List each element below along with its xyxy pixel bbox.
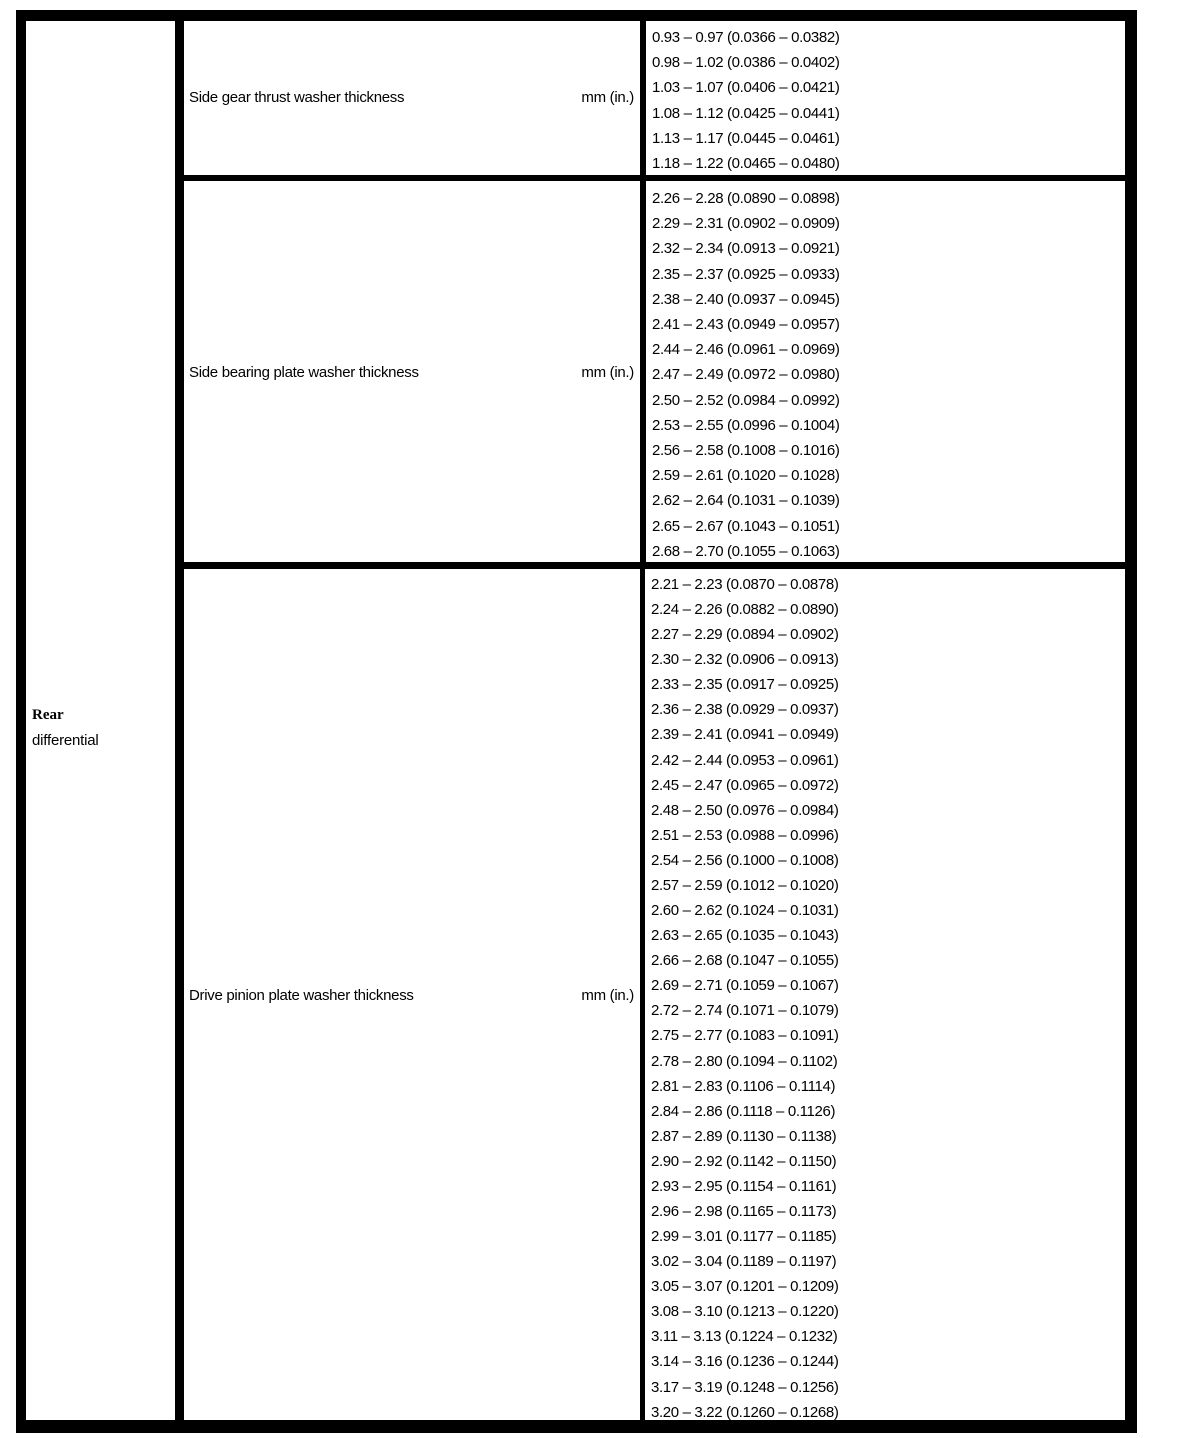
category-cell: Rear differential bbox=[26, 21, 175, 1420]
spec-value: 2.35 – 2.37 (0.0925 – 0.0933) bbox=[652, 262, 840, 287]
spec-value: 2.99 – 3.01 (0.1177 – 0.1185) bbox=[651, 1224, 836, 1249]
spec-value: 2.62 – 2.64 (0.1031 – 0.1039) bbox=[652, 488, 840, 513]
spec-value: 3.17 – 3.19 (0.1248 – 0.1256) bbox=[651, 1375, 839, 1400]
spec-value: 2.60 – 2.62 (0.1024 – 0.1031) bbox=[651, 898, 839, 923]
spec-value: 2.57 – 2.59 (0.1012 – 0.1020) bbox=[651, 873, 839, 898]
spec-value: 3.20 – 3.22 (0.1260 – 0.1268) bbox=[651, 1400, 839, 1425]
spec-value: 2.24 – 2.26 (0.0882 – 0.0890) bbox=[651, 597, 839, 622]
spec-value: 2.72 – 2.74 (0.1071 – 0.1079) bbox=[651, 998, 839, 1023]
spec-value: 2.39 – 2.41 (0.0941 – 0.0949) bbox=[651, 722, 839, 747]
spec-value: 2.68 – 2.70 (0.1055 – 0.1063) bbox=[652, 539, 840, 564]
spec-value: 2.44 – 2.46 (0.0961 – 0.0969) bbox=[652, 337, 840, 362]
category-label-line1: Rear bbox=[32, 703, 99, 728]
spec-value: 2.56 – 2.58 (0.1008 – 0.1016) bbox=[652, 438, 840, 463]
spec-name: Drive pinion plate washer thickness bbox=[189, 987, 414, 1004]
spec-value: 2.84 – 2.86 (0.1118 – 0.1126) bbox=[651, 1099, 835, 1124]
spec-value: 2.78 – 2.80 (0.1094 – 0.1102) bbox=[651, 1049, 837, 1074]
spec-label-cell: Side gear thrust washer thicknessmm (in.… bbox=[184, 21, 640, 175]
spec-value: 2.29 – 2.31 (0.0902 – 0.0909) bbox=[652, 211, 840, 236]
spec-value: 2.90 – 2.92 (0.1142 – 0.1150) bbox=[651, 1149, 836, 1174]
spec-value: 3.05 – 3.07 (0.1201 – 0.1209) bbox=[651, 1274, 839, 1299]
spec-value: 2.41 – 2.43 (0.0949 – 0.0957) bbox=[652, 312, 840, 337]
spec-value: 2.47 – 2.49 (0.0972 – 0.0980) bbox=[652, 362, 840, 387]
spec-value: 2.26 – 2.28 (0.0890 – 0.0898) bbox=[652, 186, 840, 211]
spec-value: 2.87 – 2.89 (0.1130 – 0.1138) bbox=[651, 1124, 836, 1149]
spec-unit: mm (in.) bbox=[581, 89, 634, 106]
spec-values-cell: 2.26 – 2.28 (0.0890 – 0.0898)2.29 – 2.31… bbox=[646, 181, 1125, 562]
spec-value: 1.13 – 1.17 (0.0445 – 0.0461) bbox=[652, 126, 840, 151]
spec-value: 2.59 – 2.61 (0.1020 – 0.1028) bbox=[652, 463, 840, 488]
spec-value: 2.38 – 2.40 (0.0937 – 0.0945) bbox=[652, 287, 840, 312]
spec-value: 2.66 – 2.68 (0.1047 – 0.1055) bbox=[651, 948, 839, 973]
spec-value: 3.02 – 3.04 (0.1189 – 0.1197) bbox=[651, 1249, 836, 1274]
spec-value: 2.21 – 2.23 (0.0870 – 0.0878) bbox=[651, 572, 839, 597]
spec-value: 2.75 – 2.77 (0.1083 – 0.1091) bbox=[651, 1023, 839, 1048]
spec-value: 2.48 – 2.50 (0.0976 – 0.0984) bbox=[651, 798, 839, 823]
spec-value: 3.14 – 3.16 (0.1236 – 0.1244) bbox=[651, 1349, 839, 1374]
spec-value: 2.93 – 2.95 (0.1154 – 0.1161) bbox=[651, 1174, 836, 1199]
spec-value: 2.81 – 2.83 (0.1106 – 0.1114) bbox=[651, 1074, 835, 1099]
spec-label-cell: Drive pinion plate washer thicknessmm (i… bbox=[184, 569, 640, 1420]
spec-value: 2.53 – 2.55 (0.0996 – 0.1004) bbox=[652, 413, 840, 438]
category-label-line2: differential bbox=[32, 728, 99, 753]
spec-name: Side gear thrust washer thickness bbox=[189, 89, 404, 106]
spec-value: 2.32 – 2.34 (0.0913 – 0.0921) bbox=[652, 236, 840, 261]
spec-value: 2.54 – 2.56 (0.1000 – 0.1008) bbox=[651, 848, 839, 873]
spec-value: 2.69 – 2.71 (0.1059 – 0.1067) bbox=[651, 973, 839, 998]
spec-values-cell: 0.93 – 0.97 (0.0366 – 0.0382)0.98 – 1.02… bbox=[646, 21, 1125, 175]
spec-value: 3.08 – 3.10 (0.1213 – 0.1220) bbox=[651, 1299, 839, 1324]
spec-value: 2.51 – 2.53 (0.0988 – 0.0996) bbox=[651, 823, 839, 848]
spec-label-cell: Side bearing plate washer thicknessmm (i… bbox=[184, 181, 640, 562]
spec-value: 2.30 – 2.32 (0.0906 – 0.0913) bbox=[651, 647, 839, 672]
spec-value: 2.96 – 2.98 (0.1165 – 0.1173) bbox=[651, 1199, 836, 1224]
spec-value: 2.33 – 2.35 (0.0917 – 0.0925) bbox=[651, 672, 839, 697]
spec-values-cell: 2.21 – 2.23 (0.0870 – 0.0878)2.24 – 2.26… bbox=[645, 569, 1125, 1420]
spec-value: 2.36 – 2.38 (0.0929 – 0.0937) bbox=[651, 697, 839, 722]
spec-value: 0.98 – 1.02 (0.0386 – 0.0402) bbox=[652, 50, 840, 75]
spec-value: 1.18 – 1.22 (0.0465 – 0.0480) bbox=[652, 151, 840, 176]
spec-value: 1.03 – 1.07 (0.0406 – 0.0421) bbox=[652, 75, 840, 100]
spec-unit: mm (in.) bbox=[581, 364, 634, 381]
spec-name: Side bearing plate washer thickness bbox=[189, 364, 419, 381]
spec-value: 2.45 – 2.47 (0.0965 – 0.0972) bbox=[651, 773, 839, 798]
spec-value: 2.42 – 2.44 (0.0953 – 0.0961) bbox=[651, 748, 839, 773]
spec-value: 0.93 – 0.97 (0.0366 – 0.0382) bbox=[652, 25, 840, 50]
spec-value: 2.27 – 2.29 (0.0894 – 0.0902) bbox=[651, 622, 839, 647]
spec-value: 1.08 – 1.12 (0.0425 – 0.0441) bbox=[652, 101, 840, 126]
spec-value: 3.11 – 3.13 (0.1224 – 0.1232) bbox=[651, 1324, 837, 1349]
category-label: Rear differential bbox=[32, 703, 99, 753]
spec-value: 2.50 – 2.52 (0.0984 – 0.0992) bbox=[652, 388, 840, 413]
spec-value: 2.63 – 2.65 (0.1035 – 0.1043) bbox=[651, 923, 839, 948]
spec-unit: mm (in.) bbox=[581, 987, 634, 1004]
spec-value: 2.65 – 2.67 (0.1043 – 0.1051) bbox=[652, 514, 840, 539]
